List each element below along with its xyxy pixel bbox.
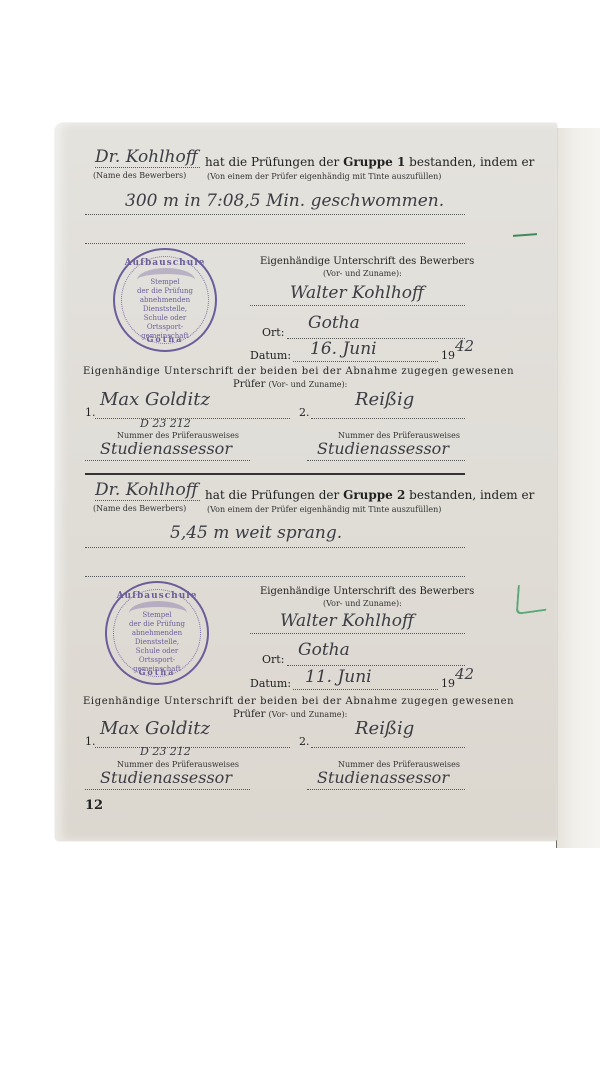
examiners-heading: Eigenhändige Unterschrift der beiden bei… — [83, 696, 514, 707]
date-label: Datum: — [250, 677, 291, 690]
examiner2-id-line — [307, 789, 465, 790]
candidate-name-signature: Dr. Kohlhoff — [95, 147, 198, 167]
place-value: Gotha — [308, 313, 360, 333]
stamp-line: der die Prüfung — [115, 287, 215, 296]
examiner2-signature: Reißig — [355, 389, 414, 410]
group-label: Gruppe 1 — [343, 155, 405, 169]
examiner1-number: D 23 212 — [140, 417, 191, 430]
examiner2-id-line — [307, 460, 465, 461]
document-page: Dr. Kohlhoff (Name des Bewerbers) hat di… — [55, 123, 557, 841]
statement-prefix: hat die Prüfungen der — [205, 155, 339, 169]
stamp-top-text: Aufbauschule — [115, 258, 215, 268]
date-label: Datum: — [250, 349, 291, 362]
stamp-bottom-text: Gotha — [115, 334, 215, 344]
candidate-full-signature: Walter Kohlhoff — [280, 611, 414, 631]
examiner2-index: 2. — [299, 735, 310, 748]
candidate-name-signature: Dr. Kohlhoff — [95, 480, 198, 500]
group-label: Gruppe 2 — [343, 488, 405, 502]
place-value: Gotha — [298, 640, 350, 660]
candidate-signature-subheading: (Vor- und Zuname): — [323, 269, 402, 278]
year-prefix: 19 — [441, 349, 455, 362]
examiner1-line — [95, 418, 290, 419]
stamp-line: Dienststelle, — [107, 638, 207, 647]
facing-page-edge — [556, 128, 600, 848]
achievement-line-2 — [85, 576, 465, 577]
examiner2-title: Studienassessor — [317, 439, 449, 458]
examiner2-signature: Reißig — [355, 718, 414, 739]
year-prefix: 19 — [441, 677, 455, 690]
candidate-full-signature: Walter Kohlhoff — [290, 283, 424, 303]
achievement-text: 300 m in 7:08,5 Min. geschwommen. — [125, 191, 444, 211]
examiners-heading-pruefer: Prüfer — [233, 709, 265, 720]
examiner1-index: 1. — [85, 735, 96, 748]
examiner1-line — [95, 747, 290, 748]
stamp-body: Stempel der die Prüfung abnehmenden Dien… — [115, 278, 215, 341]
examiner1-title: Studienassessor — [100, 768, 232, 787]
year-value: 42 — [455, 337, 474, 355]
statement-suffix: bestanden, indem er — [409, 488, 534, 502]
stamp-line: Schule oder — [107, 647, 207, 656]
statement-prefix: hat die Prüfungen der — [205, 488, 339, 502]
achievement-line-2 — [85, 243, 465, 244]
examiners-heading-2: Prüfer (Vor- und Zuname): — [233, 709, 347, 720]
examiners-heading-2: Prüfer (Vor- und Zuname): — [233, 379, 347, 390]
instruction-text: (Von einem der Prüfer eigenhändig mit Ti… — [207, 505, 441, 514]
candidate-name-line — [95, 167, 200, 168]
examiner2-line — [311, 747, 465, 748]
statement-line: hat die Prüfungen der Gruppe 2 bestanden… — [205, 488, 534, 502]
candidate-signature-line — [250, 633, 465, 634]
candidate-name-caption: (Name des Bewerbers) — [93, 171, 186, 180]
stamp-line: Dienststelle, — [115, 305, 215, 314]
candidate-signature-heading: Eigenhändige Unterschrift des Bewerbers — [260, 586, 474, 597]
examiner1-title: Studienassessor — [100, 439, 232, 458]
place-label: Ort: — [262, 653, 284, 666]
date-value: 16. Juni — [310, 339, 377, 359]
stamp-line: Ortssport- — [107, 656, 207, 665]
place-line — [287, 665, 465, 666]
stamp-line: abnehmenden — [107, 629, 207, 638]
candidate-signature-line — [250, 305, 465, 306]
stamp-line: Stempel — [115, 278, 215, 287]
examiner2-line — [311, 418, 465, 419]
examiner1-id-line — [85, 460, 250, 461]
examiner1-index: 1. — [85, 406, 96, 419]
examiners-heading-sub: (Vor- und Zuname): — [269, 710, 348, 719]
examiner1-id-line — [85, 789, 250, 790]
year-value: 42 — [455, 665, 474, 683]
examiners-heading-pruefer: Prüfer — [233, 379, 265, 390]
stamp-bottom-text: Gotha — [107, 667, 207, 677]
stamp-body: Stempel der die Prüfung abnehmenden Dien… — [107, 611, 207, 674]
candidate-name-line — [95, 500, 200, 501]
instruction-text: (Von einem der Prüfer eigenhändig mit Ti… — [207, 172, 441, 181]
stamp-top-text: Aufbauschule — [107, 591, 207, 601]
section-divider — [85, 473, 465, 475]
examiners-heading: Eigenhändige Unterschrift der beiden bei… — [83, 366, 514, 377]
official-stamp: Aufbauschule Stempel der die Prüfung abn… — [105, 581, 209, 685]
stamp-line: Schule oder — [115, 314, 215, 323]
green-check-mark — [516, 581, 549, 615]
statement-suffix: bestanden, indem er — [409, 155, 534, 169]
stamp-line: Ortssport- — [115, 323, 215, 332]
date-line — [293, 689, 438, 690]
place-label: Ort: — [262, 326, 284, 339]
stamp-line: abnehmenden — [115, 296, 215, 305]
official-stamp: Aufbauschule Stempel der die Prüfung abn… — [113, 248, 217, 352]
examiner1-signature: Max Golditz — [100, 718, 210, 739]
page-number: 12 — [85, 798, 103, 813]
candidate-name-caption: (Name des Bewerbers) — [93, 504, 186, 513]
stamp-line: Stempel — [107, 611, 207, 620]
date-line — [293, 361, 438, 362]
examiner2-index: 2. — [299, 406, 310, 419]
candidate-signature-heading: Eigenhändige Unterschrift des Bewerbers — [260, 256, 474, 267]
achievement-text: 5,45 m weit sprang. — [170, 523, 342, 543]
stamp-line: der die Prüfung — [107, 620, 207, 629]
statement-line: hat die Prüfungen der Gruppe 1 bestanden… — [205, 155, 534, 169]
candidate-signature-subheading: (Vor- und Zuname): — [323, 599, 402, 608]
examiner1-number: D 23 212 — [140, 745, 191, 758]
green-tick-mark — [513, 233, 537, 237]
date-value: 11. Juni — [305, 667, 372, 687]
achievement-line-1 — [85, 214, 465, 215]
examiner2-title: Studienassessor — [317, 768, 449, 787]
achievement-line-1 — [85, 547, 465, 548]
examiners-heading-sub: (Vor- und Zuname): — [269, 380, 348, 389]
examiner1-signature: Max Golditz — [100, 389, 210, 410]
